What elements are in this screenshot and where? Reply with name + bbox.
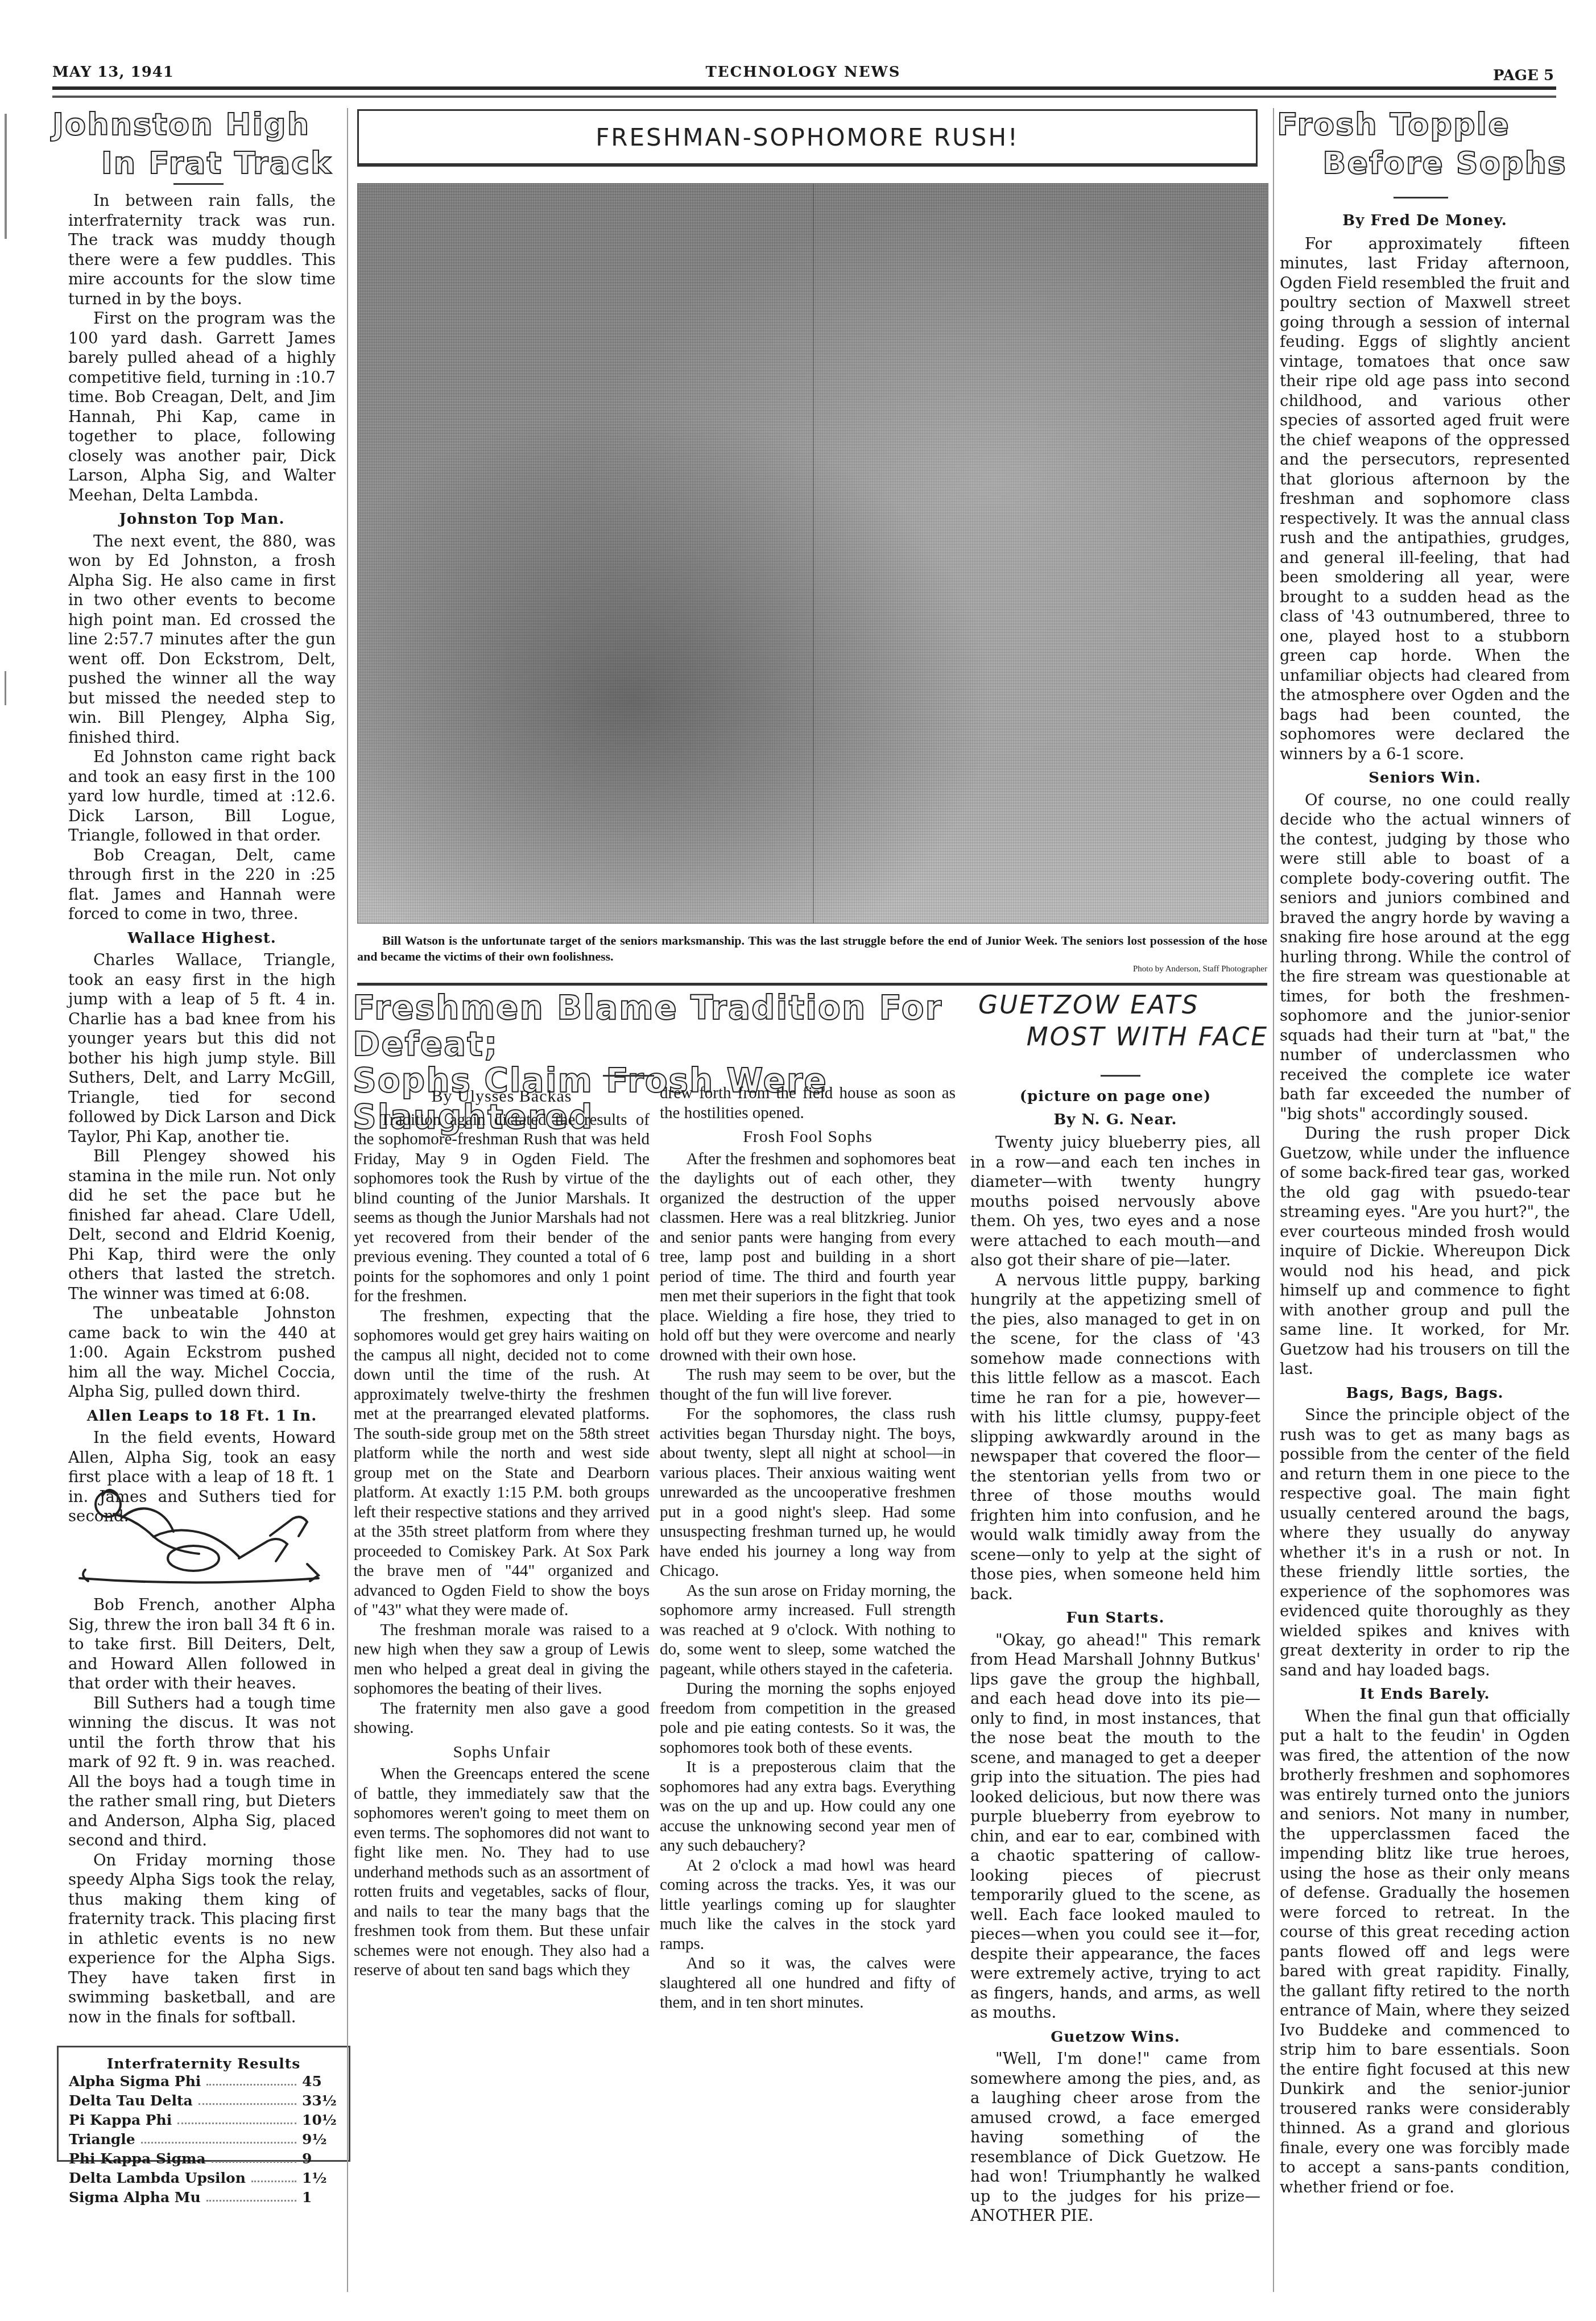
column-rule [1273,108,1274,2292]
headline-divider [603,1075,654,1077]
paragraph: Ed Johnston came right back and took an … [68,747,336,846]
article-track-column: In between rain falls, the interfraterni… [68,191,336,1526]
article-guetzow-column: (picture on page one) By N. G. Near. Twe… [970,1083,1260,2226]
paragraph: Bob French, another Alpha Sig, threw the… [68,1595,336,1694]
leader-dots [251,2169,296,2182]
subhead: Wallace Highest. [68,929,336,949]
subhead: Bags, Bags, Bags. [1280,1384,1570,1404]
subhead: Frosh Fool Sophs [660,1127,956,1147]
paragraph: The freshmen, expecting that the sophomo… [354,1306,650,1620]
paper-name: TECHNOLOGY NEWS [52,64,1554,81]
paragraph: And so it was, the calves were slaughter… [660,1954,956,2013]
table-row: Alpha Sigma Phi45 [59,2072,349,2091]
photo-fold-line [813,184,814,923]
paragraph: First on the program was the 100 yard da… [68,309,336,505]
caption-text: Bill Watson is the unfortunate target of… [357,933,1267,965]
headline-guetzow: GUETZOW EATS MOST WITH FACE [978,990,1268,1053]
headline-divider [1101,1075,1140,1077]
paragraph: On Friday morning those speedy Alpha Sig… [68,1851,336,2028]
paragraph: Charles Wallace, Triangle, took an easy … [68,950,336,1147]
headline-frosh-topple: Frosh Topple Before Sophs [1277,105,1567,183]
fraternity-name: Delta Tau Delta [69,2091,193,2111]
paragraph: When the final gun that officially put a… [1280,1707,1570,2198]
fraternity-score: 1 [302,2188,338,2207]
headline-line: In Frat Track [52,144,337,183]
paragraph: When the Greencaps entered the scene of … [354,1764,650,1980]
paragraph: For the sophomores, the class rush activ… [660,1404,956,1581]
headline-line: GUETZOW EATS [978,990,1268,1021]
paragraph: The rush may seem to be over, but the th… [660,1365,956,1404]
photo-rule [357,983,1267,986]
paragraph: At 2 o'clock a mad howl was heard coming… [660,1856,956,1954]
paragraph: Bill Suthers had a tough time winning th… [68,1694,336,1851]
picture-note: (picture on page one) [970,1087,1260,1107]
headline-johnston: Johnston High In Frat Track [52,105,337,183]
fraternity-score: 33½ [302,2091,338,2111]
fraternity-name: Delta Lambda Upsilon [69,2169,246,2188]
masthead: MAY 13, 1941 TECHNOLOGY NEWS PAGE 5 [52,64,1554,86]
leader-dots [199,2091,296,2105]
table-title: Interfraternity Results [59,2055,349,2072]
paragraph: The unbeatable Johnston came back to win… [68,1304,336,1402]
paragraph: Twenty juicy blueberry pies, all in a ro… [970,1133,1260,1271]
photo-credit: Photo by Anderson, Staff Photographer [357,965,1267,974]
fraternity-name: Sigma Alpha Mu [69,2188,201,2207]
fraternity-score: 45 [302,2072,338,2091]
paragraph: During the morning the sophs enjoyed fre… [660,1679,956,1757]
cartoon-athlete-illustration [68,1473,330,1592]
headline-divider [1394,197,1448,198]
leader-dots [177,2111,296,2124]
table-row: Phi Kappa Sigma9 [59,2149,349,2169]
interfraternity-results-table: Interfraternity Results Alpha Sigma Phi4… [57,2046,350,2162]
article-tradition-column-2: drew forth from the field house as soon … [660,1083,956,2013]
page-number: PAGE 5 [1493,67,1554,84]
paragraph: Of course, no one could really decide wh… [1280,791,1570,1124]
table-row: Pi Kappa Phi10½ [59,2111,349,2130]
newspaper-page: MAY 13, 1941 TECHNOLOGY NEWS PAGE 5 John… [0,0,1596,2321]
table-row: Triangle9½ [59,2130,349,2149]
paragraph: During the rush proper Dick Guetzow, whi… [1280,1124,1570,1379]
fraternity-score: 9½ [302,2130,338,2149]
subhead: Fun Starts. [970,1608,1260,1628]
paragraph: Since the principle object of the rush w… [1280,1405,1570,1680]
headline-line: Frosh Topple [1277,105,1567,144]
fraternity-score: 1½ [302,2169,338,2188]
leader-dots [206,2188,296,2202]
paragraph: As the sun arose on Friday morning, the … [660,1581,956,1679]
headline-line: Johnston High [52,105,337,144]
table-row: Sigma Alpha Mu1 [59,2188,349,2207]
section-banner: FRESHMAN-SOPHOMORE RUSH! [357,109,1258,167]
paragraph: For approximately fifteen minutes, last … [1280,234,1570,764]
subhead: Sophs Unfair [354,1743,650,1763]
article-track-column-continued: Bob French, another Alpha Sig, threw the… [68,1595,336,2027]
subhead: Seniors Win. [1280,768,1570,788]
subhead: Guetzow Wins. [970,2028,1260,2047]
paragraph: The fraternity men also gave a good show… [354,1699,650,1738]
paragraph: The next event, the 880, was won by Ed J… [68,532,336,748]
subhead: Johnston Top Man. [68,510,336,529]
paragraph: "Well, I'm done!" came from somewhere am… [970,2049,1260,2226]
byline: By N. G. Near. [970,1110,1260,1130]
table-row: Delta Tau Delta33½ [59,2091,349,2111]
paragraph: Bill Plengey showed his stamina in the m… [68,1147,336,1304]
byline: By Ulysses Backas [354,1087,650,1107]
leader-dots [141,2130,296,2144]
fraternity-score: 9 [302,2149,338,2169]
paragraph: drew forth from the field house as soon … [660,1083,956,1123]
paragraph: Bob Creagan, Delt, came through first in… [68,846,336,924]
headline-line: MOST WITH FACE [978,1021,1268,1053]
leader-dots [206,2072,296,2086]
byline: By Fred De Money. [1280,211,1570,231]
leader-dots [212,2149,296,2163]
fraternity-name: Triangle [69,2130,135,2149]
headline-line: Before Sophs [1277,144,1567,183]
subhead: Allen Leaps to 18 Ft. 1 In. [68,1406,336,1426]
scan-margin-mark [5,671,6,705]
fraternity-name: Phi Kappa Sigma [69,2149,206,2169]
fraternity-name: Alpha Sigma Phi [69,2072,201,2091]
column-rule [347,108,348,2292]
photo-caption: Bill Watson is the unfortunate target of… [357,933,1267,965]
paragraph: It is a preposterous claim that the soph… [660,1757,956,1856]
headline-divider [173,183,224,185]
fraternity-score: 10½ [302,2111,338,2130]
paragraph: Tradition again dictated the results of … [354,1110,650,1306]
article-topple-column: By Fred De Money. For approximately fift… [1280,208,1570,2197]
rush-photo [357,183,1268,924]
headline-line: Freshmen Blame Tradition For Defeat; [353,990,973,1062]
masthead-rule [52,86,1556,90]
subhead: It Ends Barely. [1280,1685,1570,1704]
table-row: Delta Lambda Upsilon1½ [59,2169,349,2188]
paragraph: A nervous little puppy, barking hungrily… [970,1271,1260,1604]
paragraph: After the freshmen and sophomores beat t… [660,1149,956,1366]
article-tradition-column-1: By Ulysses Backas Tradition again dictat… [354,1083,650,1980]
paragraph: In between rain falls, the interfraterni… [68,191,336,309]
paragraph: The freshman morale was raised to a new … [354,1620,650,1699]
paragraph: "Okay, go ahead!" This remark from Head … [970,1631,1260,2023]
masthead-rule-thin [52,96,1556,98]
scan-margin-mark [5,114,7,239]
fraternity-name: Pi Kappa Phi [69,2111,172,2130]
